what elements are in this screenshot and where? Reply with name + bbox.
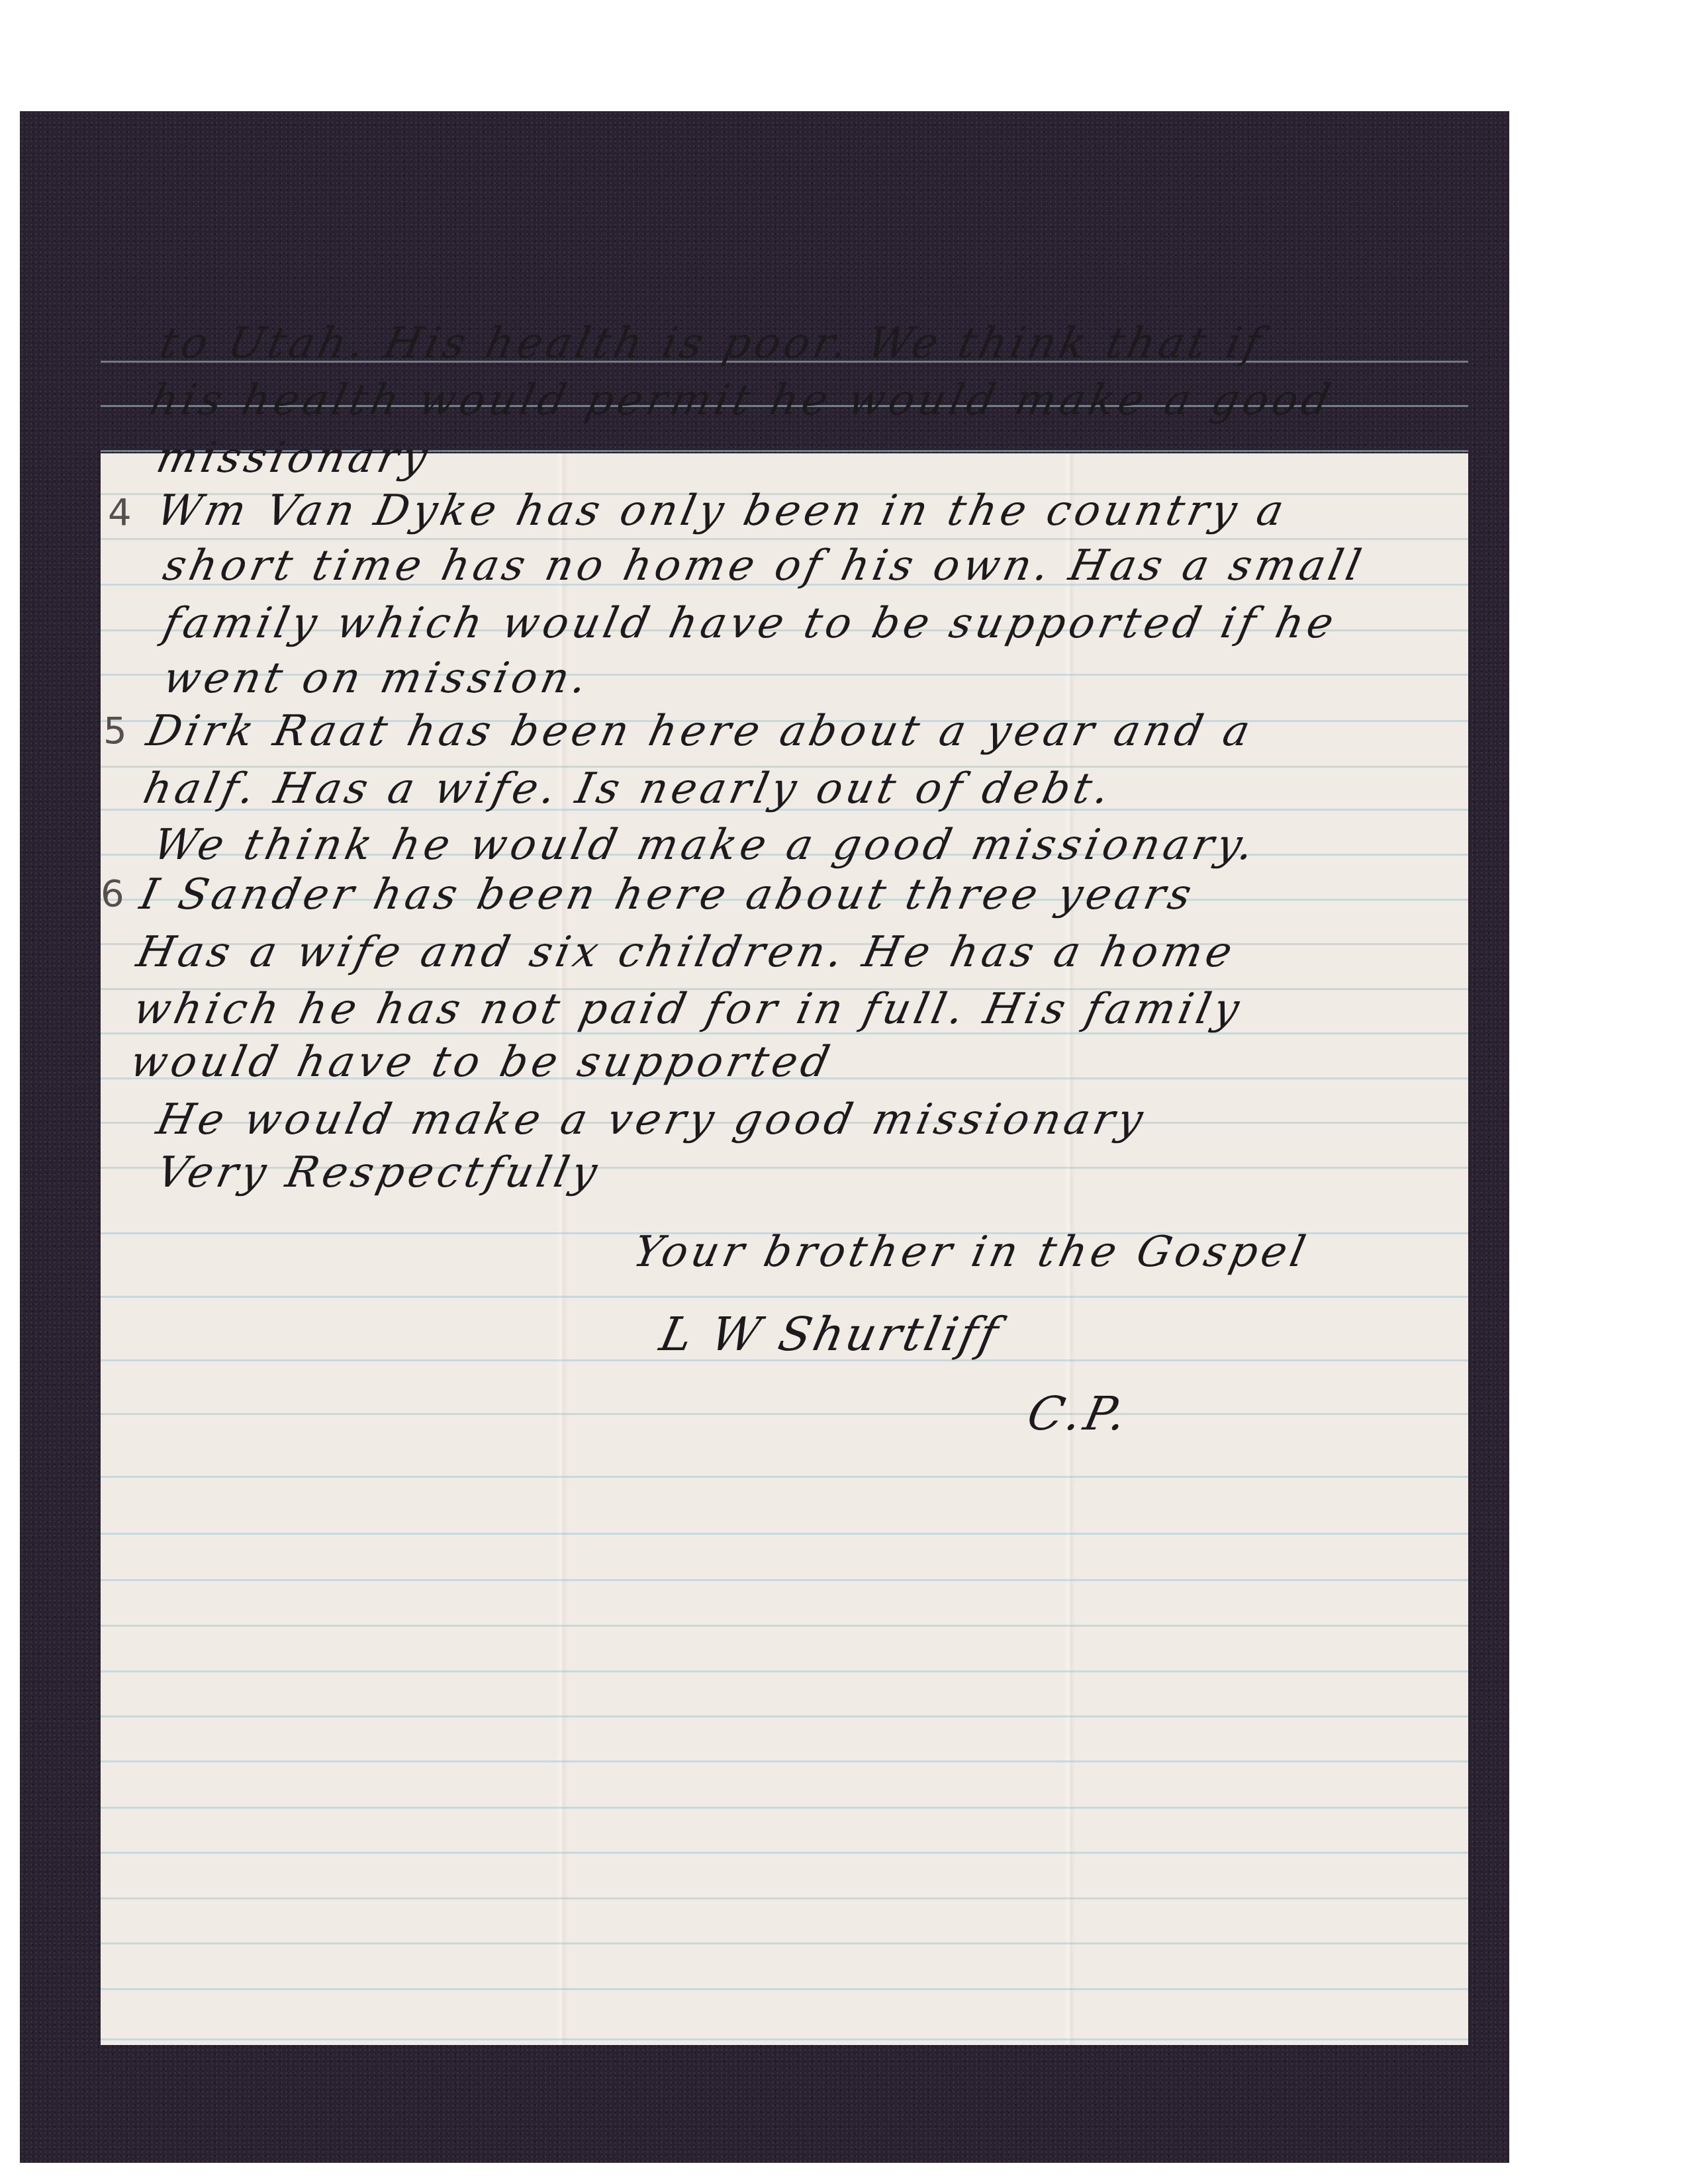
- entry-line: half. Has a wife. Is nearly out of debt.: [139, 764, 1117, 813]
- signature: L W Shurtliff: [655, 1307, 1006, 1361]
- entry-line: which he has not paid for in full. His f…: [129, 985, 1247, 1034]
- complimentary-close: Your brother in the Gospel: [629, 1228, 1313, 1277]
- entry-number: 4: [108, 491, 132, 534]
- valediction: Very Respectfully: [152, 1148, 605, 1197]
- entry-number: 6: [101, 872, 124, 915]
- scanned-page: to Utah. His health is poor. We think th…: [0, 0, 1688, 2184]
- entry-line: Has a wife and six children. He has a ho…: [132, 928, 1241, 977]
- entry-line: He would make a very good missionary: [152, 1095, 1151, 1144]
- entry-number: 5: [103, 709, 127, 752]
- entry-line: Wm Van Dyke has only been in the country…: [152, 486, 1292, 535]
- entry-line: I Sander has been here about three years: [136, 870, 1199, 919]
- entry-line: We think he would make a good missionary…: [149, 821, 1262, 870]
- signature-initials: C.P.: [1023, 1387, 1135, 1441]
- entry-line: short time has no home of his own. Has a…: [159, 541, 1369, 590]
- entry-line: family which would have to be supported …: [159, 599, 1342, 648]
- entry-line: Dirk Raat has been here about a year and…: [142, 707, 1258, 756]
- entry-line: would have to be supported: [126, 1038, 837, 1087]
- entry-line: went on mission.: [159, 654, 595, 703]
- body-line: missionary: [152, 433, 436, 482]
- body-line: to Utah. His health is poor. We think th…: [156, 319, 1269, 368]
- letter-text: to Utah. His health is poor. We think th…: [0, 0, 1688, 2184]
- body-line: his health would permit he would make a …: [146, 376, 1338, 425]
